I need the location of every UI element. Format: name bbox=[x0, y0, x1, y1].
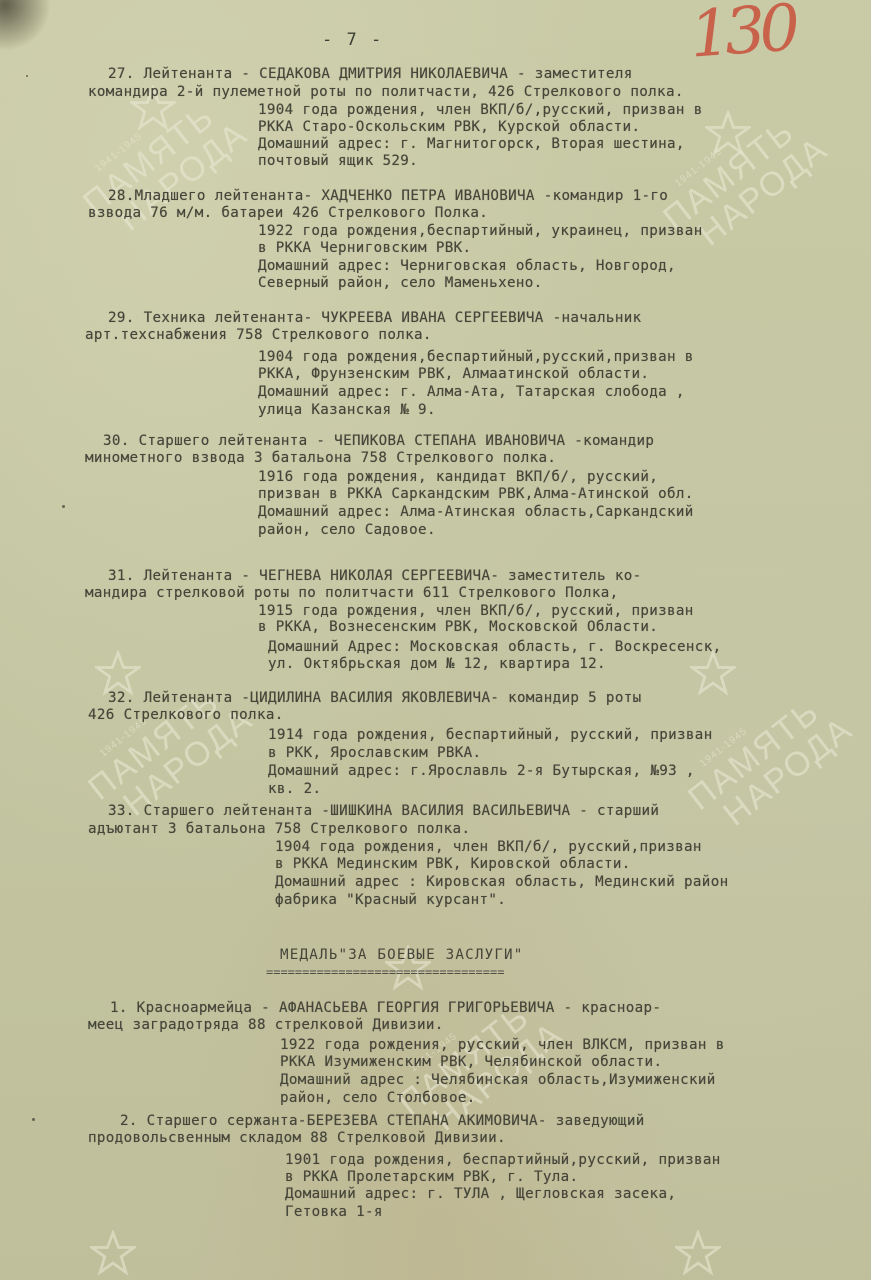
watermark-pamyat-naroda: 1941-1945 ПАМЯТЬ НАРОДА bbox=[675, 675, 859, 843]
entry-detail-line: 1904 года рождения, член ВКП/б/, русский… bbox=[275, 839, 702, 856]
entry-detail-line: Домашний адрес: Алма-Атинская область,Са… bbox=[258, 504, 694, 521]
paper-speck bbox=[32, 1118, 35, 1121]
entry-detail-line: фабрика "Красный курсант". bbox=[275, 892, 506, 909]
paper-speck bbox=[26, 75, 28, 77]
section-underline: ================================= bbox=[266, 969, 504, 975]
entry-detail-line: Домашний адрес: Черниговская область, Но… bbox=[258, 258, 676, 275]
entry-detail-line: РККА Старо-Оскольским РВК, Курской облас… bbox=[258, 119, 640, 136]
entry-detail-line: 1904 года рождения, член ВКП/б/,русский,… bbox=[258, 102, 703, 119]
entry-detail-line: Домашний Адрес: Московская область, г. В… bbox=[268, 639, 721, 656]
entry-position-line: мандира стрелковой роты по политчасти 61… bbox=[85, 585, 619, 602]
entry-detail-line: 1914 года рождения, беспартийный, русски… bbox=[268, 727, 713, 744]
entry-detail-line: Гетовка 1-я bbox=[285, 1204, 383, 1221]
entry-detail-line: призван в РККА Саркандским РВК,Алма-Атин… bbox=[258, 486, 694, 503]
entry-heading-line: 31. Лейтенанта - ЧЕГНЕВА НИКОЛАЯ СЕРГЕЕВ… bbox=[108, 568, 642, 585]
entry-detail-line: ул. Октябрьская дом № 12, квартира 12. bbox=[268, 656, 606, 673]
archival-document-page: 1941-1945 ПАМЯТЬ НАРОДА 1941-1945 ПАМЯТЬ… bbox=[0, 0, 871, 1280]
entry-position-line: меец заградотряда 88 стрелковой Дивизии. bbox=[88, 1017, 444, 1034]
watermark-star-icon bbox=[705, 110, 751, 156]
handwritten-archive-number: 130 bbox=[688, 0, 796, 68]
entry-detail-line: Домашний адрес: г. Алма-Ата, Татарская с… bbox=[258, 384, 685, 401]
watermark-star-icon bbox=[690, 650, 736, 696]
entry-detail-line: Домашний адрес : Кировская область, Меди… bbox=[275, 874, 728, 891]
entry-detail-line: в РККА Черниговским РВК. bbox=[258, 240, 471, 257]
entry-detail-line: Домашний адрес: г.Ярославль 2-я Бутырска… bbox=[268, 763, 695, 780]
entry-position-line: адъютант 3 батальона 758 Стрелкового пол… bbox=[88, 821, 470, 838]
entry-detail-line: Северный район, село Маменьхено. bbox=[258, 275, 543, 292]
entry-detail-line: 1922 года рождения,беспартийный, украине… bbox=[258, 223, 703, 240]
entry-detail-line: в РККА, Вознесенским РВК, Московской Обл… bbox=[258, 619, 658, 636]
entry-position-line: взвода 76 м/м. батареи 426 Стрелкового П… bbox=[88, 205, 488, 222]
entry-detail-line: в РКК, Ярославским РВКА. bbox=[268, 745, 481, 762]
entry-detail-line: 1904 года рождения,беспартийный,русский,… bbox=[258, 349, 694, 366]
entry-position-line: минометного взвода 3 батальона 758 Стрел… bbox=[85, 450, 556, 467]
entry-heading-line: 2. Старшего сержанта-БЕРЕЗЕВА СТЕПАНА АК… bbox=[120, 1113, 645, 1130]
entry-detail-line: Домашний адрес : Челябинская область,Изу… bbox=[280, 1072, 716, 1089]
entry-position-line: продовольсвенным складом 88 Стрелковой Д… bbox=[88, 1130, 506, 1147]
entry-heading-line: 32. Лейтенанта -ЦИДИЛИНА ВАСИЛИЯ ЯКОВЛЕВ… bbox=[108, 690, 642, 707]
page-number: - 7 - bbox=[322, 30, 383, 50]
entry-detail-line: 1915 года рождения, член ВКП/б/, русский… bbox=[258, 603, 694, 620]
entry-detail-line: Домашний адрес: г. Магнитогорск, Вторая … bbox=[258, 136, 685, 153]
entry-detail-line: 1901 года рождения, беспартийный,русский… bbox=[285, 1152, 721, 1169]
entry-heading-line: 29. Техника лейтенанта- ЧУКРЕЕВА ИВАНА С… bbox=[108, 310, 642, 327]
entry-detail-line: район, село Столбовое. bbox=[280, 1090, 476, 1107]
entry-heading-line: 33. Старшего лейтенанта -ШИШКИНА ВАСИЛИЯ… bbox=[108, 803, 659, 820]
entry-heading-line: 28.Младшего лейтенанта- ХАДЧЕНКО ПЕТРА И… bbox=[108, 188, 668, 205]
entry-detail-line: район, село Садовое. bbox=[258, 522, 436, 539]
entry-detail-line: РККА, Фрунзенским РВК, Алмаатинской обла… bbox=[258, 366, 649, 383]
section-heading-medal: МЕДАЛЬ"ЗА БОЕВЫЕ ЗАСЛУГИ" bbox=[280, 947, 524, 963]
entry-detail-line: в РККА Мединским РВК, Кировской области. bbox=[275, 856, 631, 873]
paper-speck bbox=[62, 505, 65, 508]
watermark-star-icon bbox=[675, 1230, 721, 1276]
entry-detail-line: РККА Изумиженским РВК, Челябинской облас… bbox=[280, 1054, 662, 1071]
entry-position-line: командира 2-й пулеметной роты по политча… bbox=[88, 84, 684, 101]
entry-detail-line: Домашний адрес: г. ТУЛА , Щегловская зас… bbox=[285, 1186, 676, 1203]
watermark-star-icon bbox=[90, 1230, 136, 1276]
entry-detail-line: 1916 года рождения, кандидат ВКП/б/, рус… bbox=[258, 469, 658, 486]
entry-heading-line: 30. Старшего лейтенанта - ЧЕПИКОВА СТЕПА… bbox=[103, 433, 654, 450]
entry-detail-line: улица Казанская № 9. bbox=[258, 402, 436, 419]
entry-detail-line: почтовый ящик 529. bbox=[258, 153, 418, 170]
entry-detail-line: 1922 года рождения, русский, член ВЛКСМ,… bbox=[280, 1037, 725, 1054]
entry-detail-line: кв. 2. bbox=[268, 781, 321, 798]
watermark-pamyat-naroda: 1941-1945 ПАМЯТЬ НАРОДА bbox=[70, 80, 254, 248]
entry-position-line: арт.техснабжения 758 Стрелкового полка. bbox=[85, 327, 432, 344]
entry-heading-line: 27. Лейтенанта - СЕДАКОВА ДМИТРИЯ НИКОЛА… bbox=[108, 66, 633, 83]
entry-position-line: 426 Стрелкового полка. bbox=[88, 707, 284, 724]
entry-detail-line: в РККА Пролетарским РВК, г. Тула. bbox=[285, 1169, 578, 1186]
entry-heading-line: 1. Красноармейца - АФАНАСЬЕВА ГЕОРГИЯ ГР… bbox=[110, 1000, 661, 1017]
